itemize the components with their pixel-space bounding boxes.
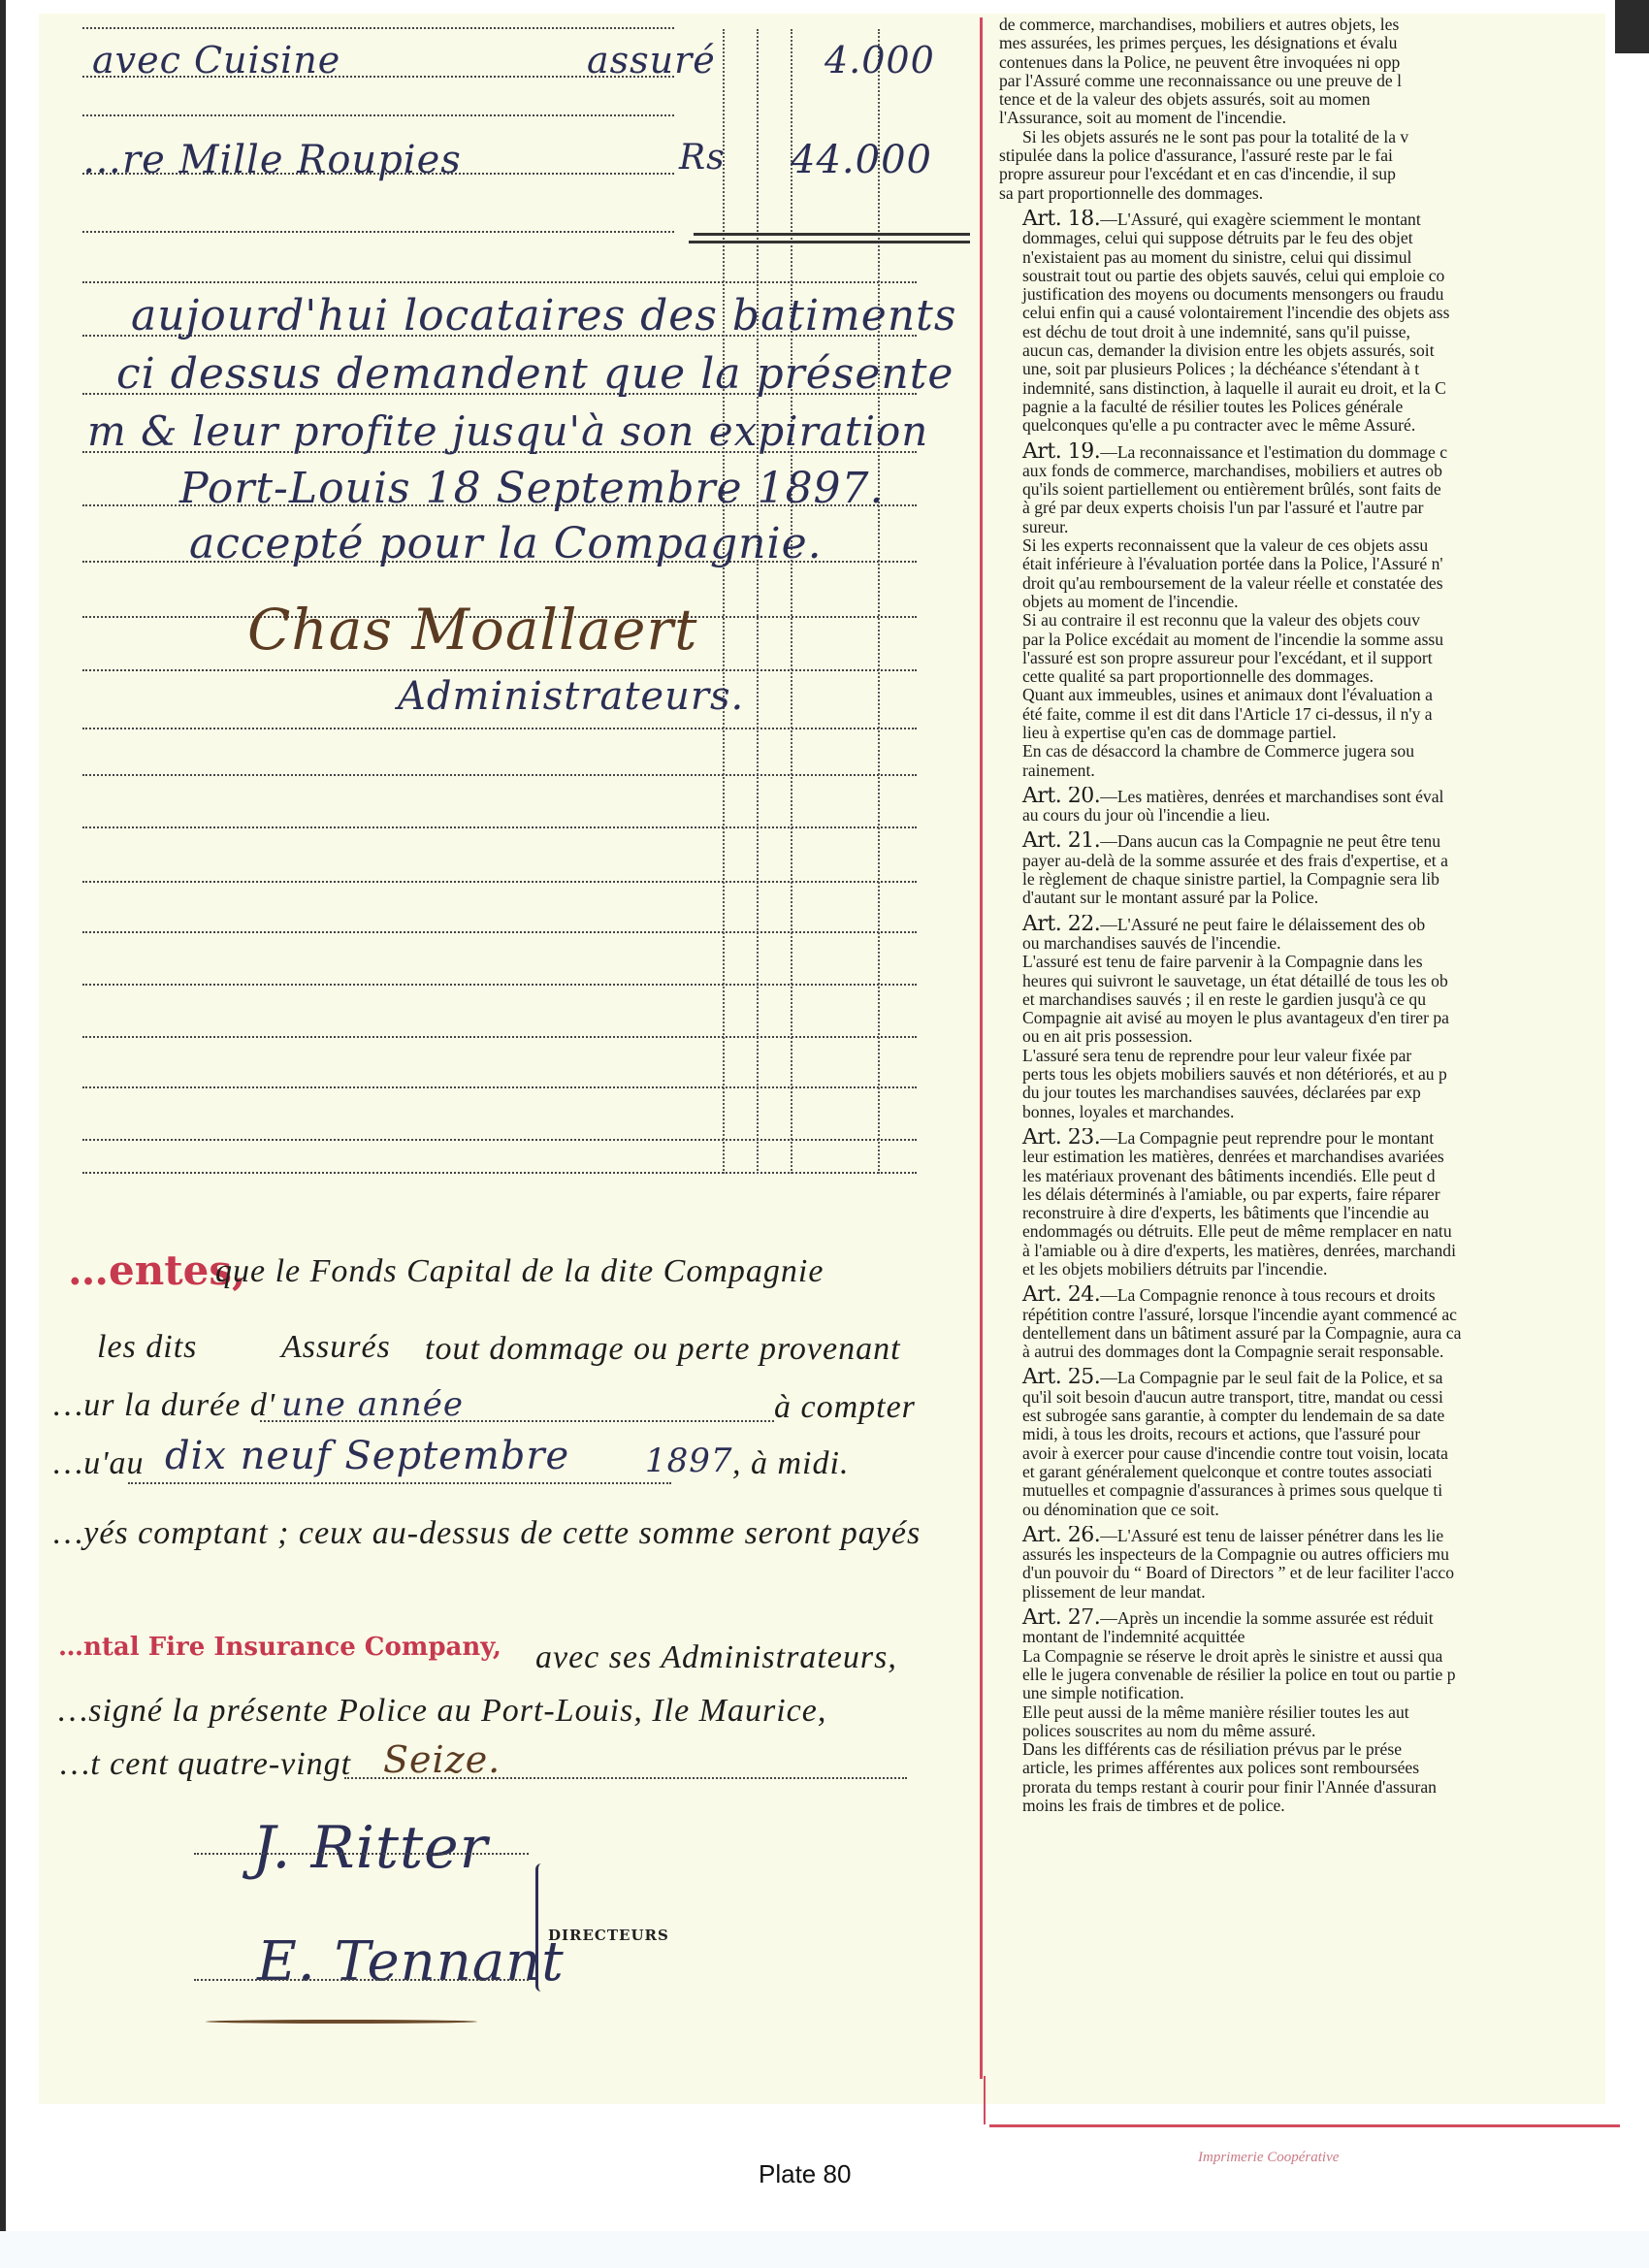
terms-line: Art. 26.—L'Assuré est tenu de laisser pé… <box>999 1526 1591 1545</box>
terms-line: indemnité, sans distinction, à laquelle … <box>999 379 1591 398</box>
signature-dotted-line <box>194 1853 529 1855</box>
terms-line: répétition contre l'assuré, lorsque l'in… <box>999 1306 1591 1324</box>
terms-line: d'un pouvoir du “ Board of Directors ” e… <box>999 1564 1591 1582</box>
article-number: Art. 21. <box>1022 831 1100 851</box>
scan-right-corner <box>1615 0 1649 53</box>
endorsement-line: Port-Louis 18 Septembre 1897. <box>179 464 885 513</box>
article-paragraph: L'assuré est tenu de faire parvenir à la… <box>999 953 1591 1046</box>
terms-line: bonnes, loyales et marchandes. <box>999 1103 1591 1121</box>
terms-line: assurés les inspecteurs de la Compagnie … <box>999 1545 1591 1564</box>
terms-line: les délais déterminés à l'amiable, ou pa… <box>999 1185 1591 1204</box>
terms-line: L'assuré est tenu de faire parvenir à la… <box>999 953 1591 971</box>
terms-article: Art. 23.—La Compagnie peut reprendre pou… <box>999 1128 1591 1279</box>
terms-line: l'assuré est son propre assureur pour l'… <box>999 649 1591 667</box>
total-double-underline <box>689 241 970 243</box>
terms-line: Quant aux immeubles, usines et animaux d… <box>999 686 1591 704</box>
terms-intro-paragraph: Si les objets assurés ne le sont pas pou… <box>999 128 1591 203</box>
terms-line: reconstruire à dire d'experts, les bâtim… <box>999 1204 1591 1222</box>
amount-column-divider <box>757 29 759 1174</box>
fill-in-dotted-line <box>260 1420 774 1422</box>
article-paragraph: Art. 27.—Après un incendie la somme assu… <box>999 1608 1591 1647</box>
terms-line: aucun cas, demander la division entre le… <box>999 341 1591 360</box>
article-paragraph: L'assuré sera tenu de reprendre pour leu… <box>999 1047 1591 1121</box>
terms-line: une, soit par plusieurs Polices ; la déc… <box>999 360 1591 378</box>
terms-line: Dans les différents cas de résiliation p… <box>999 1740 1591 1759</box>
red-column-tick <box>984 2076 986 2124</box>
terms-article: Art. 19.—La reconnaissance et l'estimati… <box>999 442 1591 780</box>
clause-prefix: les dits <box>97 1329 197 1366</box>
terms-line: et marchandises sauvés ; il en reste le … <box>999 990 1591 1009</box>
terms-line: celui enfin qui a causé volontairement l… <box>999 304 1591 322</box>
article-paragraph: Art. 23.—La Compagnie peut reprendre pou… <box>999 1128 1591 1279</box>
directors-brace <box>535 1863 546 1992</box>
terms-line: été faite, comme il est dit dans l'Artic… <box>999 705 1591 724</box>
duration-filled: une année <box>281 1385 464 1424</box>
article-paragraph: Art. 22.—L'Assuré ne peut faire le délai… <box>999 915 1591 954</box>
terms-line: Art. 18.—L'Assuré, qui exagère sciemment… <box>999 210 1591 229</box>
scan-bottom-margin <box>0 2231 1649 2268</box>
director-signature: J. Ritter <box>252 1814 488 1882</box>
terms-line: qu'il soit besoin d'aucun autre transpor… <box>999 1388 1591 1407</box>
article-number: Art. 20. <box>1022 787 1100 806</box>
clause-prefix: …ur la durée d' <box>53 1387 275 1424</box>
terms-line: n'existaient pas au moment du sinistre, … <box>999 248 1591 267</box>
form-ruled-line <box>82 114 674 116</box>
terms-line: En cas de désaccord la chambre de Commer… <box>999 742 1591 761</box>
terms-line: par l'Assuré comme une reconnaissance ou… <box>999 72 1591 90</box>
terms-line: du jour toutes les marchandises sauvées,… <box>999 1084 1591 1102</box>
terms-line: et les objets mobiliers détruits par l'i… <box>999 1260 1591 1279</box>
article-paragraph: Art. 24.—La Compagnie renonce à tous rec… <box>999 1285 1591 1361</box>
article-number: Art. 25. <box>1022 1368 1100 1387</box>
fill-in-dotted-line <box>344 1777 907 1779</box>
terms-line: dommages, celui qui suppose détruits par… <box>999 229 1591 247</box>
clause-line: , à midi. <box>732 1445 849 1482</box>
article-paragraph: La Compagnie se réserve le droit après l… <box>999 1647 1591 1703</box>
terms-line: les matériaux provenant des bâtiments in… <box>999 1167 1591 1185</box>
administrator-signature: Chas Moallaert <box>247 597 697 663</box>
terms-line: qu'ils soient partiellement ou entièreme… <box>999 480 1591 499</box>
terms-line: tence et de la valeur des objets assurés… <box>999 90 1591 109</box>
endorsement-line: ci dessus demandent que la présente <box>116 349 954 399</box>
article-paragraph: Si au contraire il est reconnu que la va… <box>999 611 1591 686</box>
clause-line: …yés comptant ; ceux au-dessus de cette … <box>53 1515 921 1552</box>
terms-line: est déchu de tout droit à une indemnité,… <box>999 323 1591 341</box>
start-year-filled: 1897 <box>645 1442 733 1480</box>
terms-line: Si les experts reconnaissent que la vale… <box>999 536 1591 555</box>
terms-line: plissement de leur mandat. <box>999 1583 1591 1602</box>
terms-line: polices souscrites au nom du même assuré… <box>999 1722 1591 1740</box>
terms-article: Art. 18.—L'Assuré, qui exagère sciemment… <box>999 210 1591 436</box>
endorsement-line: accepté pour la Compagnie. <box>189 519 823 568</box>
article-number: Art. 24. <box>1022 1285 1100 1305</box>
closing-line: avec ses Administrateurs, <box>535 1639 897 1676</box>
clause-line: que le Fonds Capital de la dite Compagni… <box>215 1253 824 1290</box>
article-paragraph: En cas de désaccord la chambre de Commer… <box>999 742 1591 780</box>
terms-line: montant de l'indemnité acquittée <box>999 1628 1591 1646</box>
terms-line: article, les primes afférentes aux polic… <box>999 1759 1591 1777</box>
terms-line: Compagnie ait avisé au moyen le plus ava… <box>999 1009 1591 1027</box>
terms-line: mes assurées, les primes perçues, les dé… <box>999 34 1591 52</box>
total-currency: Rs <box>679 138 726 178</box>
article-paragraph: Quant aux immeubles, usines et animaux d… <box>999 686 1591 742</box>
form-ruled-line <box>82 231 674 233</box>
terms-line: de commerce, marchandises, mobiliers et … <box>999 16 1591 34</box>
terms-line: à gré par deux experts choisis l'un par … <box>999 499 1591 517</box>
signature-title: Administrateurs. <box>398 674 744 719</box>
article-number: Art. 23. <box>1022 1128 1100 1148</box>
signature-dotted-line <box>194 1979 529 1981</box>
terms-line: heures qui suivront le sauvetage, un éta… <box>999 972 1591 990</box>
terms-line: L'assuré sera tenu de reprendre pour leu… <box>999 1047 1591 1065</box>
article-paragraph: Art. 19.—La reconnaissance et l'estimati… <box>999 442 1591 536</box>
article-number: Art. 26. <box>1022 1526 1100 1545</box>
red-bottom-rule <box>989 2124 1620 2127</box>
terms-line: rainement. <box>999 761 1591 780</box>
signature-flourish <box>206 2020 477 2024</box>
terms-line: dentellement dans un bâtiment assuré par… <box>999 1324 1591 1343</box>
article-paragraph: Art. 21.—Dans aucun cas la Compagnie ne … <box>999 831 1591 907</box>
terms-article: Art. 20.—Les matières, denrées et marcha… <box>999 787 1591 826</box>
terms-line: droit qu'au remboursement de la valeur r… <box>999 574 1591 593</box>
terms-line: Art. 27.—Après un incendie la somme assu… <box>999 1608 1591 1628</box>
terms-line: perts tous les objets mobiliers sauvés e… <box>999 1065 1591 1084</box>
terms-line: sureur. <box>999 518 1591 536</box>
terms-line: et garant généralement quelconque et con… <box>999 1463 1591 1481</box>
article-paragraph: Dans les différents cas de résiliation p… <box>999 1740 1591 1815</box>
scan-top-margin <box>0 0 1649 14</box>
terms-line: ou marchandises sauvés de l'incendie. <box>999 934 1591 953</box>
terms-article: Art. 25.—La Compagnie par le seul fait d… <box>999 1368 1591 1518</box>
endorsement-line: aujourd'hui locataires des batiments <box>131 291 956 340</box>
terms-line: stipulée dans la police d'assurance, l'a… <box>999 146 1591 165</box>
terms-line: avoir à exercer pour cause d'incendie co… <box>999 1444 1591 1463</box>
terms-article: Art. 26.—L'Assuré est tenu de laisser pé… <box>999 1526 1591 1602</box>
terms-intro: de commerce, marchandises, mobiliers et … <box>999 16 1591 128</box>
terms-line: leur estimation les matières, denrées et… <box>999 1148 1591 1166</box>
terms-line: Art. 21.—Dans aucun cas la Compagnie ne … <box>999 831 1591 851</box>
total-double-underline <box>694 233 970 236</box>
terms-article: Art. 27.—Après un incendie la somme assu… <box>999 1608 1591 1815</box>
terms-line: objets au moment de l'incendie. <box>999 593 1591 611</box>
clause-filled: Assurés <box>281 1329 391 1366</box>
article-paragraph: Art. 25.—La Compagnie par le seul fait d… <box>999 1368 1591 1518</box>
terms-line: Art. 20.—Les matières, denrées et marcha… <box>999 787 1591 806</box>
terms-line: moins les frais de timbres et de police. <box>999 1797 1591 1815</box>
terms-line: Art. 24.—La Compagnie renonce à tous rec… <box>999 1285 1591 1305</box>
policy-terms-column: de commerce, marchandises, mobiliers et … <box>999 16 1591 1815</box>
article-number: Art. 19. <box>1022 442 1100 462</box>
directors-label: DIRECTEURS <box>548 1927 669 1944</box>
article-number: Art. 18. <box>1022 210 1100 229</box>
terms-line: à autrui des dommages dont la Compagnie … <box>999 1343 1591 1361</box>
article-paragraph: Art. 20.—Les matières, denrées et marcha… <box>999 787 1591 826</box>
terms-line: elle le jugera convenable de résilier la… <box>999 1666 1591 1684</box>
company-name-red: …ntal Fire Insurance Company, <box>58 1633 501 1662</box>
article-number: Art. 22. <box>1022 915 1100 934</box>
terms-line: Art. 22.—L'Assuré ne peut faire le délai… <box>999 915 1591 934</box>
terms-line: lieu à expertise qu'en cas de dommage pa… <box>999 724 1591 742</box>
printer-mark: Imprimerie Coopérative <box>1198 2150 1339 2166</box>
terms-article: Art. 21.—Dans aucun cas la Compagnie ne … <box>999 831 1591 907</box>
closing-line: …signé la présente Police au Port-Louis,… <box>58 1693 826 1730</box>
terms-line: une simple notification. <box>999 1684 1591 1702</box>
article-number: Art. 27. <box>1022 1608 1100 1628</box>
terms-line: sa part proportionnelle des dommages. <box>999 184 1591 203</box>
terms-line: soustrait tout ou partie des objets sauv… <box>999 267 1591 285</box>
terms-line: le règlement de chaque sinistre partiel,… <box>999 870 1591 889</box>
terms-line: Art. 25.—La Compagnie par le seul fait d… <box>999 1368 1591 1387</box>
year-filled: Seize. <box>383 1738 501 1781</box>
terms-line: ou en ait pris possession. <box>999 1027 1591 1046</box>
terms-line: La Compagnie se réserve le droit après l… <box>999 1647 1591 1666</box>
terms-line: par la Police excédait au moment de l'in… <box>999 631 1591 649</box>
clause-line: à compter <box>774 1389 916 1426</box>
terms-line: midi, à tous les droits, recours et acti… <box>999 1425 1591 1443</box>
row-description: avec Cuisine <box>92 39 340 81</box>
terms-line: prorata du temps restant à courir pour f… <box>999 1778 1591 1797</box>
terms-line: était inférieure à l'évaluation portée d… <box>999 555 1591 573</box>
amount-column-divider <box>791 29 792 1174</box>
start-date-filled: dix neuf Septembre <box>165 1434 569 1478</box>
terms-line: ou dénomination que ce soit. <box>999 1501 1591 1519</box>
terms-line: propre assureur pour l'excédant et en ca… <box>999 165 1591 183</box>
red-column-border <box>980 17 983 2079</box>
terms-line: Si les objets assurés ne le sont pas pou… <box>999 128 1591 146</box>
plate-label: Plate 80 <box>759 2159 851 2189</box>
terms-line: cette qualité sa part proportionnelle de… <box>999 667 1591 686</box>
terms-line: aux fonds de commerce, marchandises, mob… <box>999 462 1591 480</box>
clause-prefix: …u'au <box>53 1445 145 1482</box>
article-paragraph: Elle peut aussi de la même manière résil… <box>999 1703 1591 1741</box>
terms-article: Art. 22.—L'Assuré ne peut faire le délai… <box>999 915 1591 1121</box>
total-description: …re Mille Roupies <box>82 138 462 182</box>
terms-line: d'autant sur le montant assuré par la Po… <box>999 889 1591 907</box>
terms-line: Elle peut aussi de la même manière résil… <box>999 1703 1591 1722</box>
article-paragraph: Si les experts reconnaissent que la vale… <box>999 536 1591 611</box>
terms-line: mutuelles et compagnie d'assurances à pr… <box>999 1481 1591 1500</box>
form-ruled-line <box>82 27 674 29</box>
terms-line: à l'amiable ou à dire d'experts, les mat… <box>999 1242 1591 1260</box>
row-amount: 4.000 <box>824 39 935 81</box>
terms-line: Si au contraire il est reconnu que la va… <box>999 611 1591 630</box>
article-paragraph: Art. 26.—L'Assuré est tenu de laisser pé… <box>999 1526 1591 1602</box>
terms-article: Art. 24.—La Compagnie renonce à tous rec… <box>999 1285 1591 1361</box>
terms-line: endommagés ou détruits. Elle peut de mêm… <box>999 1222 1591 1241</box>
amount-column-divider <box>723 29 725 1174</box>
terms-line: justification des moyens ou documents me… <box>999 285 1591 304</box>
terms-line: Art. 23.—La Compagnie peut reprendre pou… <box>999 1128 1591 1148</box>
terms-line: l'Assurance, soit au moment de l'incendi… <box>999 109 1591 127</box>
terms-line: Art. 19.—La reconnaissance et l'estimati… <box>999 442 1591 462</box>
closing-prefix: …t cent quatre-vingt <box>60 1746 351 1783</box>
scan-left-edge <box>0 0 6 2268</box>
total-amount: 44.000 <box>791 138 932 182</box>
director-signature: E. Tennant <box>257 1930 565 1993</box>
terms-line: est subrogée sans garantie, à compter du… <box>999 1407 1591 1425</box>
terms-line: pagnie a la faculté de résilier toutes l… <box>999 398 1591 416</box>
row-status-word: assuré <box>587 39 716 81</box>
amount-column-divider <box>878 29 880 1174</box>
terms-line: quelconques qu'elle a pu contracter avec… <box>999 416 1591 435</box>
endorsement-line: m & leur profite jusqu'à son expiration <box>87 407 928 455</box>
clause-line: tout dommage ou perte provenant <box>425 1331 901 1368</box>
fill-in-dotted-line <box>128 1482 671 1484</box>
article-paragraph: Art. 18.—L'Assuré, qui exagère sciemment… <box>999 210 1591 436</box>
terms-line: contenues dans la Police, ne peuvent êtr… <box>999 53 1591 72</box>
terms-line: payer au-delà de la somme assurée et des… <box>999 852 1591 870</box>
terms-line: au cours du jour où l'incendie a lieu. <box>999 806 1591 825</box>
